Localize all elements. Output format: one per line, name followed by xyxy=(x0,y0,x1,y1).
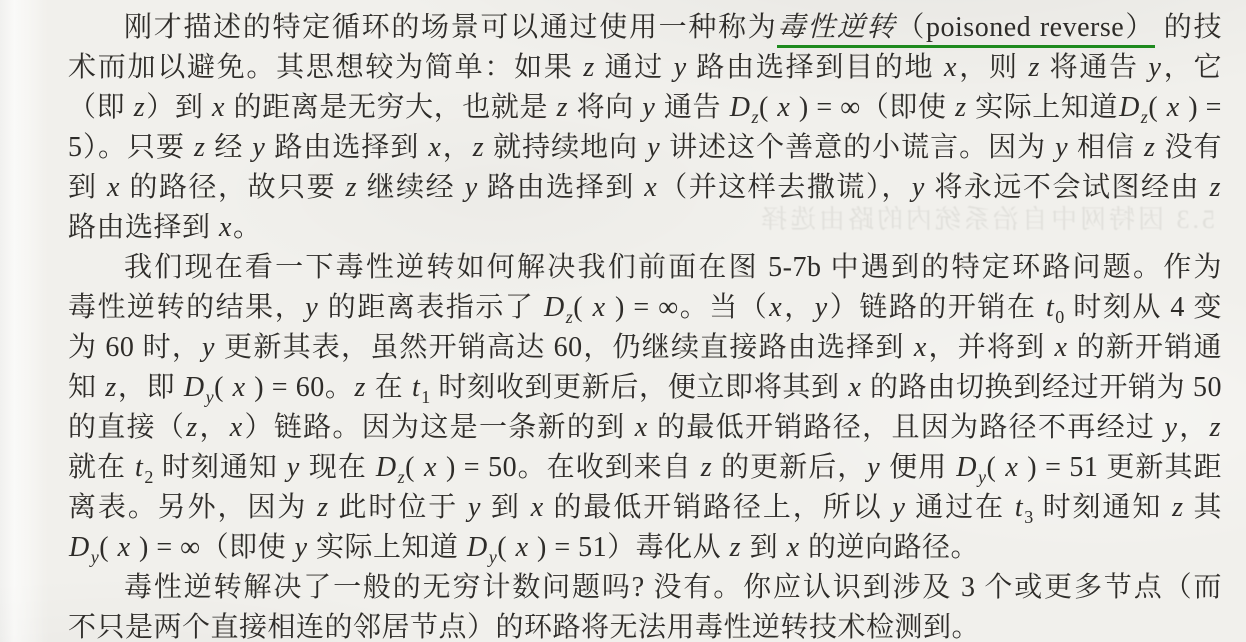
math-variable: x xyxy=(229,412,244,443)
text-run: 经 xyxy=(206,132,251,163)
math-variable: z xyxy=(104,372,117,403)
text-run: 到 xyxy=(482,492,530,523)
math-variable: t xyxy=(134,452,144,483)
text-run: ）链路。因为这是一条新的到 xyxy=(244,412,634,443)
text-run: 其 xyxy=(1185,492,1222,523)
math-variable: x xyxy=(1004,452,1019,483)
text-run: ，并将到 xyxy=(928,332,1054,363)
text-run: 时刻收到更新后，便立即将其到 xyxy=(431,372,848,403)
text-run: 实际上知道 xyxy=(968,92,1119,123)
text-line: 毒性逆转的结果，y 的距离表指示了 Dz( x ) = ∞。当（x，y）链路的开… xyxy=(68,288,1222,328)
math-variable: x xyxy=(943,52,958,83)
math-variable: y xyxy=(201,332,216,363)
text-run: 路由选择到 xyxy=(479,172,644,203)
text-run: 的最低开销路径上，所以 xyxy=(545,492,892,523)
math-variable: x xyxy=(232,372,247,403)
math-variable: z xyxy=(354,372,367,403)
text-run: 更新其表，虽然开销高达 60，仍继续直接路由选择到 xyxy=(216,332,913,363)
math-variable: x xyxy=(847,372,862,403)
text-line: 不只是两个直接相连的邻居节点）的环路将无法用毒性逆转技术检测到。 xyxy=(68,608,1222,642)
text-line: 毒性逆转解决了一般的无穷计数问题吗? 没有。你应认识到涉及 3 个或更多节点（而 xyxy=(68,568,1222,608)
text-run: 路由选择到目的地 xyxy=(688,52,943,83)
text-run: ，它 xyxy=(1162,52,1221,83)
text-run: 到 xyxy=(742,532,786,563)
text-run: 我们现在看一下毒性逆转如何解决我们前面在图 5-7b 中遇到的特定环路问题。作为 xyxy=(124,252,1222,283)
math-variable: x xyxy=(423,452,438,483)
math-variable: t xyxy=(1014,492,1024,523)
text-run: 的更新后， xyxy=(713,452,866,483)
math-variable: y xyxy=(646,132,661,163)
math-variable: z xyxy=(729,532,742,563)
text-run: 时刻通知 xyxy=(154,452,286,483)
text-line: 就在 t2 时刻通知 y 现在 Dz( x ) = 50。在收到来自 z 的更新… xyxy=(68,448,1222,488)
math-variable: t xyxy=(411,372,421,403)
math-variable: x xyxy=(634,412,649,443)
text-run: （并这样去撒谎）， xyxy=(658,172,911,203)
math-variable: x xyxy=(643,172,658,203)
math-variable: z xyxy=(472,132,485,163)
text-run: 此时位于 xyxy=(330,492,467,523)
math-variable: x xyxy=(913,332,928,363)
text-run: ) = ∞。当（ xyxy=(607,292,769,323)
math-subscript: 2 xyxy=(144,467,154,487)
math-variable: D xyxy=(183,372,206,403)
math-variable: y xyxy=(1148,52,1163,83)
text-run: ）链路的开销在 xyxy=(829,292,1045,323)
math-variable: D xyxy=(955,452,978,483)
text-run: ) = 51 更新其距 xyxy=(1019,452,1222,483)
text-run: 继续经 xyxy=(358,172,464,203)
text-line: （即 z）到 x 的距离是无穷大，也就是 z 将向 y 通告 Dz( x ) =… xyxy=(68,88,1222,128)
text-run: 将通告 xyxy=(1041,52,1148,83)
math-subscript: 3 xyxy=(1024,507,1034,527)
text-run: ( xyxy=(99,532,116,563)
text-run: 实际上知道 xyxy=(309,532,467,563)
math-variable: y xyxy=(673,52,688,83)
math-variable: z xyxy=(133,92,146,123)
text-run: ) = ∞（即使 xyxy=(132,532,294,563)
math-variable: z xyxy=(582,52,595,83)
text-run: ( xyxy=(986,452,1004,483)
math-variable: x xyxy=(211,92,226,123)
text-line: 知 z，即 Dy( x ) = 60。z 在 t1 时刻收到更新后，便立即将其到… xyxy=(68,368,1222,408)
math-variable: y xyxy=(1054,132,1069,163)
text-run: 的最低开销路径，且因为路径不再经过 xyxy=(649,412,1164,443)
text-run: ，即 xyxy=(118,372,183,403)
math-variable: y xyxy=(464,172,479,203)
text-run: 为 60 时， xyxy=(68,332,201,363)
math-variable: x xyxy=(1166,92,1181,123)
text-run: ) = 50。在收到来自 xyxy=(438,452,700,483)
math-variable: x xyxy=(117,532,132,563)
math-variable: y xyxy=(641,92,656,123)
math-variable: x xyxy=(106,172,121,203)
text-run: 术而加以避免。其思想较为简单：如果 xyxy=(68,52,582,83)
text-run: 的技 xyxy=(1155,12,1222,43)
math-variable: y xyxy=(1164,412,1179,443)
math-variable: x xyxy=(427,132,442,163)
math-variable: x xyxy=(530,492,545,523)
text-line: 为 60 时，y 更新其表，虽然开销高达 60，仍继续直接路由选择到 x，并将到… xyxy=(68,328,1222,368)
text-run: 的路径，故只要 xyxy=(121,172,345,203)
text-run: 相信 xyxy=(1069,132,1143,163)
math-variable: y xyxy=(911,172,926,203)
text-run: ( xyxy=(759,92,776,123)
text-run: 的新开销通 xyxy=(1068,332,1222,363)
text-run: ， xyxy=(442,132,472,163)
math-subscript: 1 xyxy=(421,387,431,407)
math-variable: x xyxy=(515,532,530,563)
text-run: ) = 60。 xyxy=(247,372,354,403)
math-subscript: y xyxy=(489,547,498,567)
math-variable: z xyxy=(1143,132,1156,163)
text-run: ， xyxy=(199,412,229,443)
math-variable: z xyxy=(1209,172,1222,203)
text-line: 的直接（z，x）链路。因为这是一条新的到 x 的最低开销路径，且因为路径不再经过… xyxy=(68,408,1222,448)
text-run: 时刻通知 xyxy=(1034,492,1171,523)
math-variable: D xyxy=(68,532,91,563)
math-variable: y xyxy=(891,492,906,523)
math-variable: D xyxy=(729,92,752,123)
math-variable: D xyxy=(543,292,566,323)
math-variable: y xyxy=(286,452,301,483)
math-variable: x xyxy=(786,532,801,563)
math-variable: z xyxy=(954,92,967,123)
text-run: 现在 xyxy=(301,452,375,483)
math-variable: z xyxy=(1209,412,1222,443)
text-run: 将向 xyxy=(569,92,641,123)
math-variable: D xyxy=(1118,92,1141,123)
math-variable: y xyxy=(304,292,319,323)
math-variable: x xyxy=(592,292,607,323)
math-variable: z xyxy=(193,132,206,163)
math-subscript: 0 xyxy=(1055,307,1065,327)
text-run: 在 xyxy=(367,372,411,403)
text-run: 路由选择到 xyxy=(68,212,218,243)
text-run: 就持续地向 xyxy=(485,132,646,163)
text-run: ) = 51）毒化从 xyxy=(530,532,729,563)
text-line: Dy( x ) = ∞（即使 y 实际上知道 Dy( x ) = 51）毒化从 … xyxy=(68,528,1222,568)
text-run: 便用 xyxy=(881,452,955,483)
math-variable: z xyxy=(345,172,358,203)
math-subscript: y xyxy=(206,387,215,407)
text-run: ， xyxy=(783,292,814,323)
text-run: 没有 xyxy=(1156,132,1222,163)
math-subscript: y xyxy=(91,547,100,567)
text-run: 。 xyxy=(233,212,262,243)
text-run: 时刻从 4 变 xyxy=(1065,292,1222,323)
text-run: 不只是两个直接相连的邻居节点）的环路将无法用毒性逆转技术检测到。 xyxy=(68,612,980,642)
text-run: 知 xyxy=(68,372,104,403)
text-line: 路由选择到 x。 xyxy=(68,208,1222,248)
text-run: （即 xyxy=(68,92,133,123)
scanned-book-page: 5.3 因特网中自治系统内的路由选择 刚才描述的特定循环的场景可以通过使用一种称… xyxy=(0,0,1246,642)
text-run: 就在 xyxy=(68,452,134,483)
text-line: 术而加以避免。其思想较为简单：如果 z 通过 y 路由选择到目的地 x，则 z … xyxy=(68,48,1222,88)
math-variable: z xyxy=(316,492,329,523)
text-run: 毒性逆转的结果， xyxy=(68,292,304,323)
text-run: 的直接（ xyxy=(68,412,185,443)
text-run: ( xyxy=(214,372,232,403)
text-run: 的距离是无穷大，也就是 xyxy=(226,92,556,123)
text-run: 5）。只要 xyxy=(68,132,193,163)
text-run: 的逆向路径。 xyxy=(801,532,980,563)
text-run: ( xyxy=(1148,92,1165,123)
text-run: 路由选择到 xyxy=(266,132,427,163)
text-run: ( xyxy=(573,292,591,323)
text-run: 讲述这个善意的小谎言。因为 xyxy=(661,132,1054,163)
text-run: 毒性逆转解决了一般的无穷计数问题吗? 没有。你应认识到涉及 3 个或更多节点（而 xyxy=(124,572,1222,603)
math-subscript: z xyxy=(751,107,759,127)
text-line: 到 x 的路径，故只要 z 继续经 y 路由选择到 x（并这样去撒谎），y 将永… xyxy=(68,168,1222,208)
text-run: ， xyxy=(1178,412,1208,443)
text-run: 通过在 xyxy=(906,492,1014,523)
text-block: 刚才描述的特定循环的场景可以通过使用一种称为毒性逆转（poisoned reve… xyxy=(68,8,1222,642)
math-variable: x xyxy=(1053,332,1068,363)
math-variable: D xyxy=(375,452,398,483)
math-variable: t xyxy=(1045,292,1055,323)
text-run: 通告 xyxy=(656,92,728,123)
text-line: 刚才描述的特定循环的场景可以通过使用一种称为毒性逆转（poisoned reve… xyxy=(68,8,1222,48)
text-run: 通过 xyxy=(596,52,673,83)
text-run: ( xyxy=(405,452,423,483)
math-variable: y xyxy=(294,532,309,563)
text-line: 我们现在看一下毒性逆转如何解决我们前面在图 5-7b 中遇到的特定环路问题。作为 xyxy=(68,248,1222,288)
text-run: 刚才描述的特定循环的场景可以通过使用一种称为 xyxy=(124,12,777,43)
math-variable: z xyxy=(1171,492,1184,523)
text-run: ) = ∞（即使 xyxy=(791,92,954,123)
math-variable: z xyxy=(185,412,198,443)
math-variable: D xyxy=(466,532,489,563)
text-run: ( xyxy=(497,532,514,563)
poisoned-reverse-term-cn: 毒性逆转 xyxy=(777,12,896,48)
math-variable: x xyxy=(776,92,791,123)
text-run: ）到 xyxy=(146,92,211,123)
math-variable: z xyxy=(1027,52,1040,83)
text-run: ，则 xyxy=(958,52,1027,83)
text-run: 的距离表指示了 xyxy=(319,292,543,323)
math-variable: z xyxy=(556,92,569,123)
math-variable: y xyxy=(251,132,266,163)
poisoned-reverse-term-en: （poisoned reverse） xyxy=(896,12,1155,48)
math-variable: x xyxy=(768,292,783,323)
math-variable: y xyxy=(866,452,881,483)
math-variable: z xyxy=(700,452,713,483)
math-variable: x xyxy=(218,212,233,243)
text-run: 将永远不会试图经由 xyxy=(926,172,1209,203)
text-line: 离表。另外，因为 z 此时位于 y 到 x 的最低开销路径上，所以 y 通过在 … xyxy=(68,488,1222,528)
text-line: 5）。只要 z 经 y 路由选择到 x，z 就持续地向 y 讲述这个善意的小谎言… xyxy=(68,128,1222,168)
text-run: 到 xyxy=(68,172,106,203)
text-run: 的路由切换到经过开销为 50 xyxy=(862,372,1222,403)
math-variable: y xyxy=(467,492,482,523)
text-run: ) = xyxy=(1181,92,1222,123)
text-run: 离表。另外，因为 xyxy=(68,492,316,523)
math-variable: y xyxy=(814,292,829,323)
